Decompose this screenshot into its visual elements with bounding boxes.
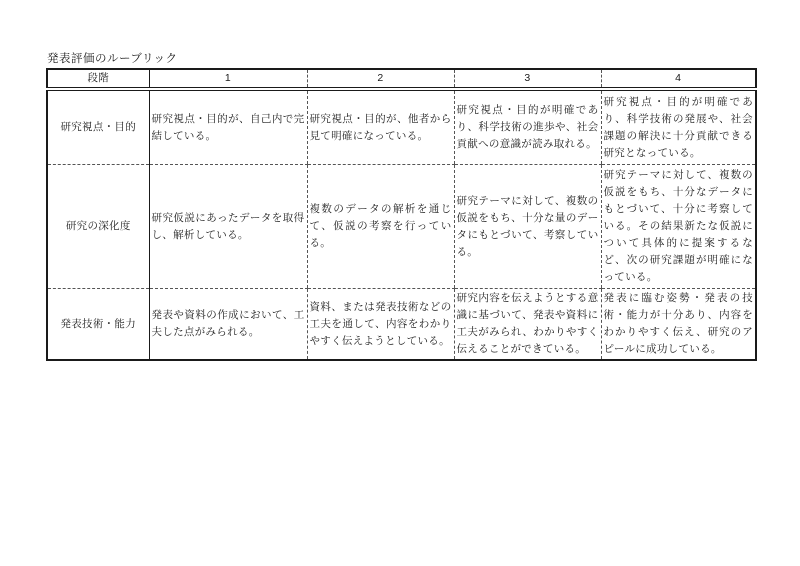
rubric-cell-r2-l4: 研究テーマに対して、複数の仮説をもち、十分なデータにもとづいて、十分に考察してい… <box>601 165 756 289</box>
row-label-research-perspective: 研究視点・目的 <box>47 89 149 165</box>
rubric-cell-r1-l3: 研究視点・目的が明確であり、科学技術の進歩や、社会貢献への意識が読み取れる。 <box>454 89 601 165</box>
rubric-cell-r3-l4: 発表に臨む姿勢・発表の技術・能力が十分あり、内容をわかりやすく伝え、研究のアピー… <box>601 289 756 361</box>
table-row-presentation-skill: 発表技術・能力 発表や資料の作成において、工夫した点がみられる。 資料、または発… <box>47 289 756 361</box>
rubric-cell-r1-l2: 研究視点・目的が、他者から見て明確になっている。 <box>307 89 454 165</box>
table-row-research-depth: 研究の深化度 研究仮説にあったデータを取得し、解析している。 複数のデータの解析… <box>47 165 756 289</box>
header-cell-level-4: 4 <box>601 69 756 89</box>
rubric-cell-r2-l1: 研究仮説にあったデータを取得し、解析している。 <box>149 165 307 289</box>
header-row: 段階 1 2 3 4 <box>47 69 756 89</box>
rubric-cell-r2-l3: 研究テーマに対して、複数の仮説をもち、十分な量のデータにもとづいて、考察している… <box>454 165 601 289</box>
rubric-cell-r1-l1: 研究視点・目的が、自己内で完結している。 <box>149 89 307 165</box>
rubric-cell-r3-l3: 研究内容を伝えようとする意識に基づいて、発表や資料に工夫がみられ、わかりやすく伝… <box>454 289 601 361</box>
page-title: 発表評価のルーブリック <box>47 50 178 66</box>
row-label-presentation-skill: 発表技術・能力 <box>47 289 149 361</box>
rubric-cell-r1-l4: 研究視点・目的が明確であり、科学技術の発展や、社会課題の解決に十分貢献できる研究… <box>601 89 756 165</box>
rubric-cell-r3-l2: 資料、または発表技術などの工夫を通して、内容をわかりやすく伝えようとしている。 <box>307 289 454 361</box>
header-cell-level-3: 3 <box>454 69 601 89</box>
header-cell-level-2: 2 <box>307 69 454 89</box>
header-cell-level-1: 1 <box>149 69 307 89</box>
header-cell-stage: 段階 <box>47 69 149 89</box>
rubric-table: 段階 1 2 3 4 研究視点・目的 研究視点・目的が、自己内で完結している。 … <box>46 68 757 361</box>
rubric-cell-r3-l1: 発表や資料の作成において、工夫した点がみられる。 <box>149 289 307 361</box>
row-label-research-depth: 研究の深化度 <box>47 165 149 289</box>
table-row-research-perspective: 研究視点・目的 研究視点・目的が、自己内で完結している。 研究視点・目的が、他者… <box>47 89 756 165</box>
rubric-cell-r2-l2: 複数のデータの解析を通じて、仮説の考察を行っている。 <box>307 165 454 289</box>
